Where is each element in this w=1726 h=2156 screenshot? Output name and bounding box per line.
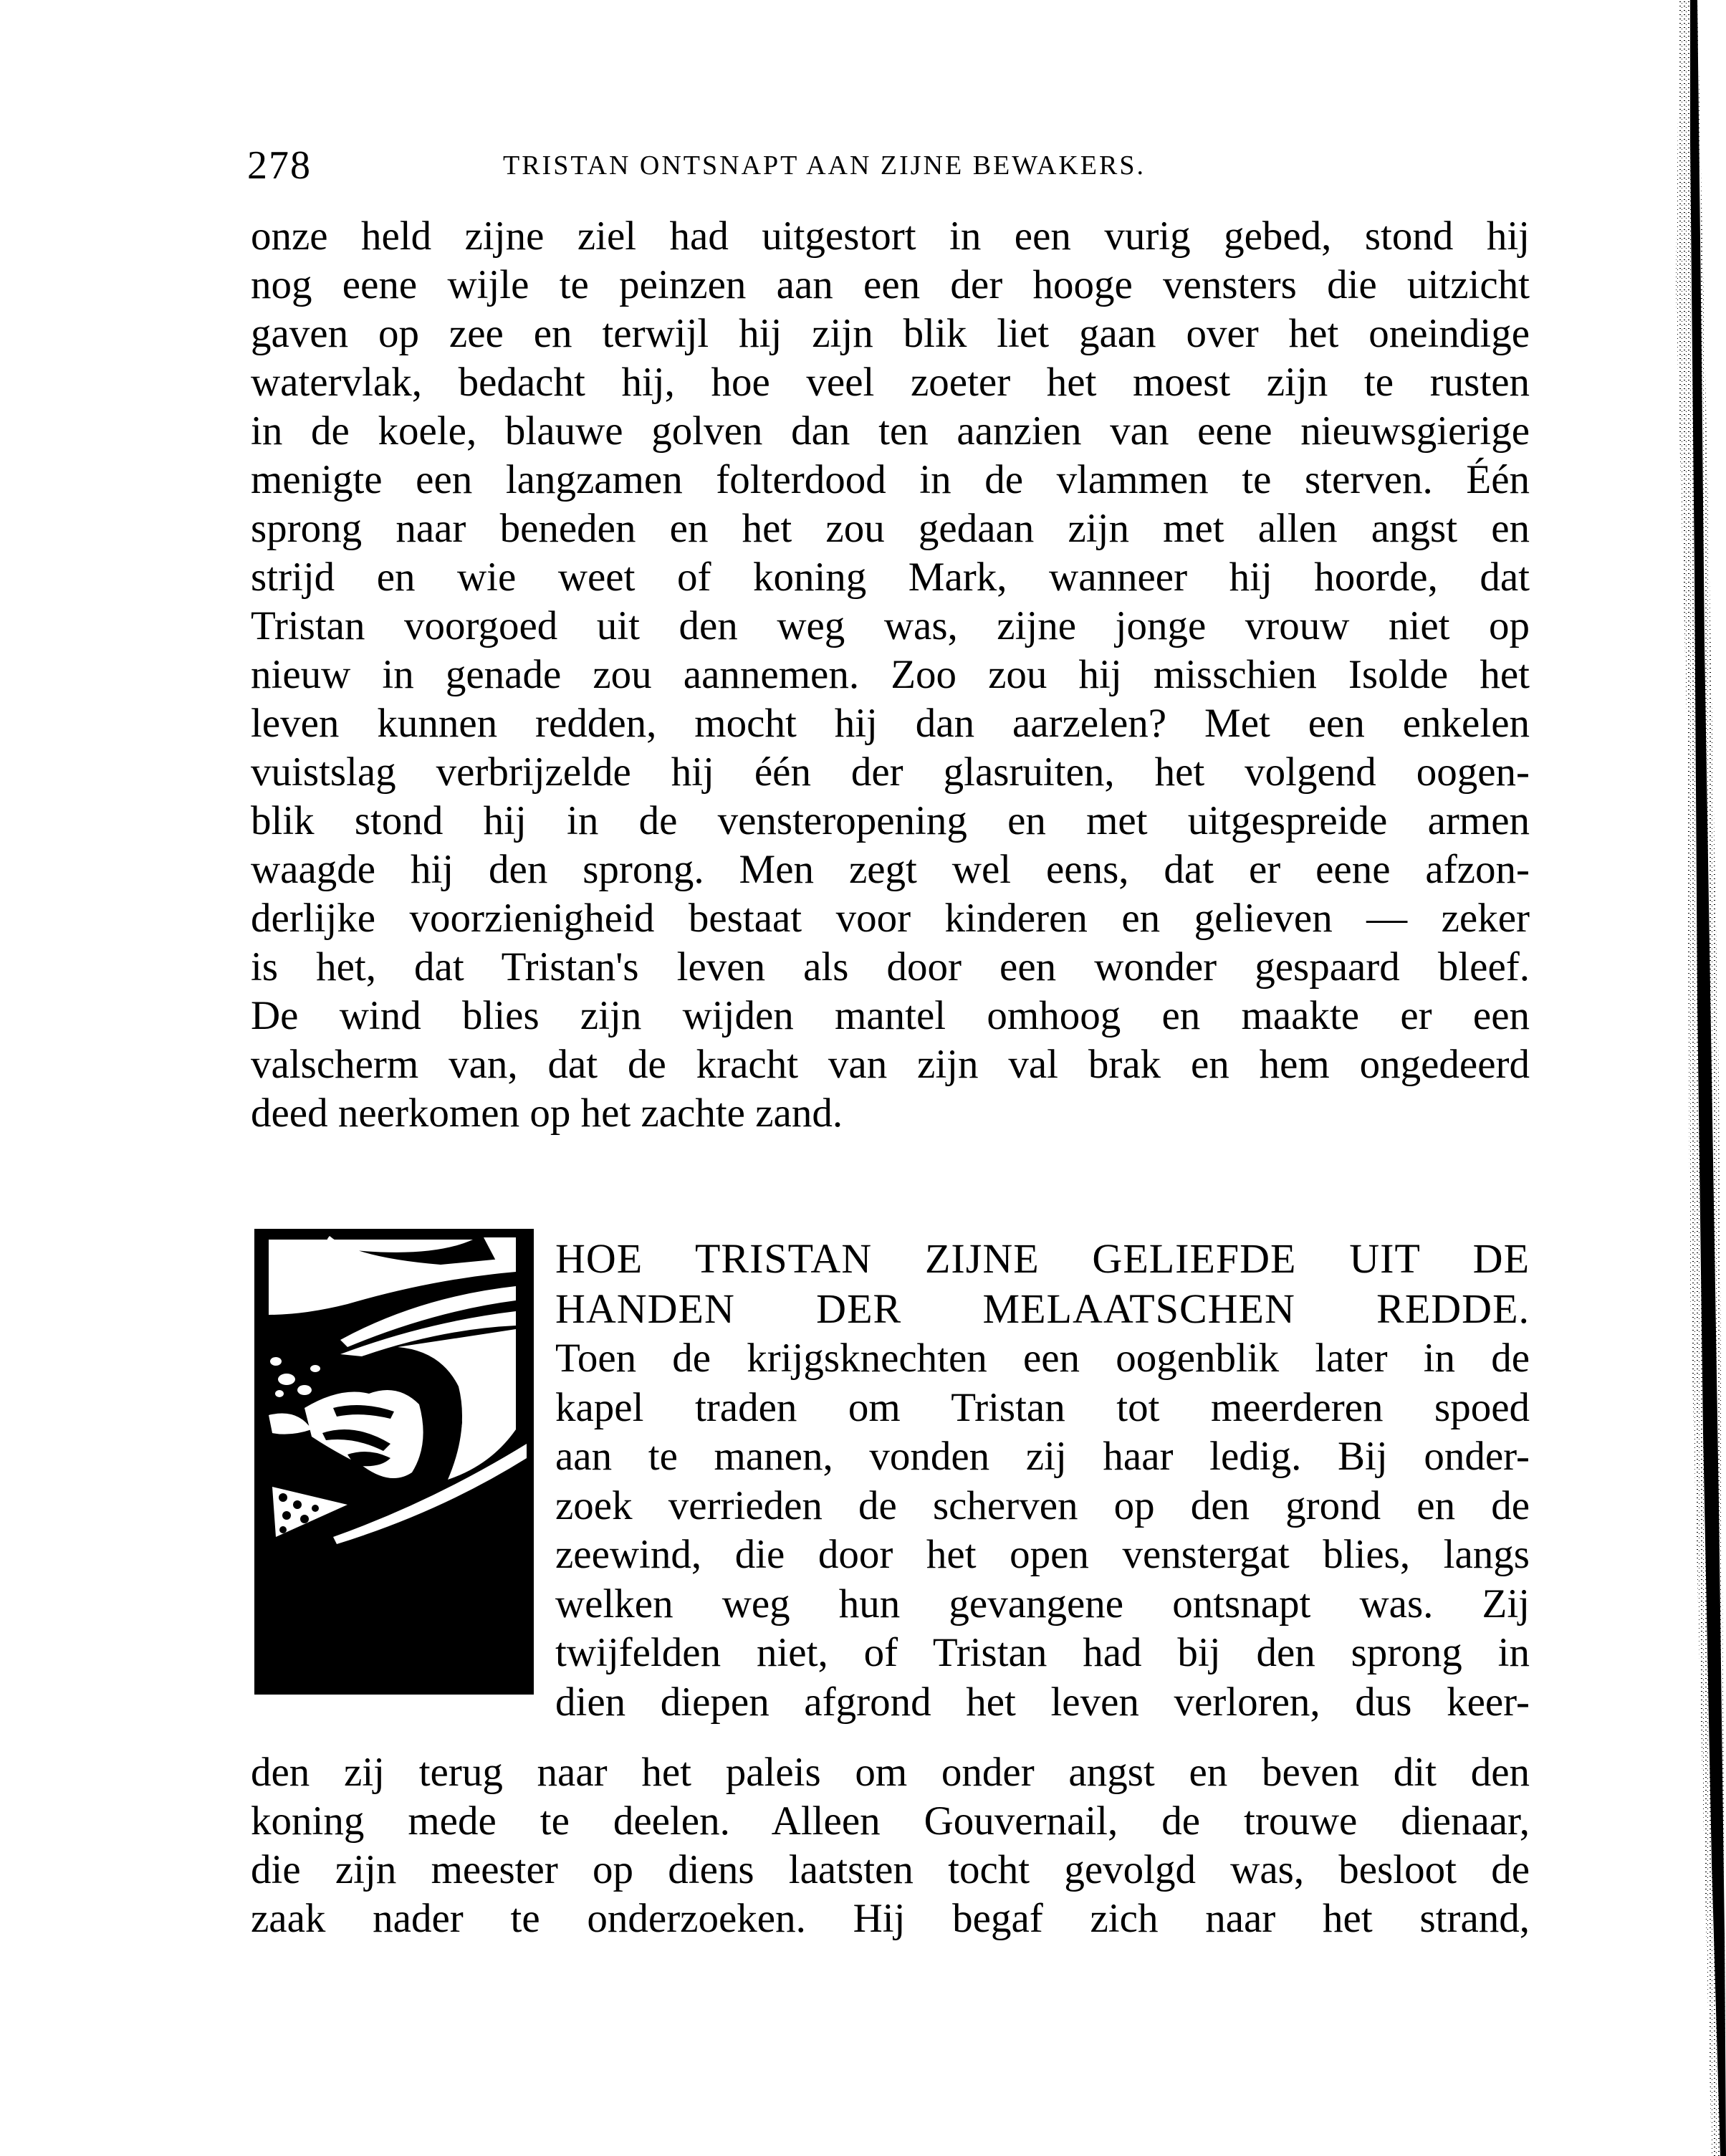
woodcut-illustration xyxy=(254,1229,534,1695)
paragraph-3: den zij terug naar het paleis om onder a… xyxy=(251,1748,1530,1943)
text-line: gaven op zee en terwijl hij zijn blik li… xyxy=(251,310,1530,358)
text-line: den zij terug naar het paleis om onder a… xyxy=(251,1748,1530,1797)
text-line: blik stond hij in de vensteropening en m… xyxy=(251,797,1530,845)
text-line: zaak nader te onderzoeken. Hij begaf zic… xyxy=(251,1894,1530,1943)
page-number: 278 xyxy=(247,140,312,191)
paragraph-1: onze held zijne ziel had uitgestort in e… xyxy=(251,212,1530,1138)
text-line: deed neerkomen op het zachte zand. xyxy=(251,1089,1530,1138)
book-page: 278 TRISTAN ONTSNAPT AAN ZIJNE BEWAKERS.… xyxy=(0,0,1726,2156)
text-line: koning mede te deelen. Alleen Gouvernail… xyxy=(251,1797,1530,1846)
text-line: vuistslag verbrijzelde hij één der glasr… xyxy=(251,748,1530,797)
running-header: 278 TRISTAN ONTSNAPT AAN ZIJNE BEWAKERS. xyxy=(247,140,1537,191)
page-edge-shadow xyxy=(1640,0,1726,2156)
text-line: zeewind, die door het open venstergat bl… xyxy=(555,1530,1530,1580)
text-line: aan te manen, vonden zij haar ledig. Bij… xyxy=(555,1432,1530,1482)
text-line: welken weg hun gevangene ontsnapt was. Z… xyxy=(555,1580,1530,1629)
section: HOE TRISTAN ZIJNE GELIEFDE UIT DE HANDEN… xyxy=(555,1234,1530,1727)
text-line: leven kunnen redden, mocht hij dan aarze… xyxy=(251,699,1530,748)
text-line: De wind blies zijn wijden mantel omhoog … xyxy=(251,992,1530,1040)
text-line: in de koele, blauwe golven dan ten aanzi… xyxy=(251,407,1530,456)
running-title: TRISTAN ONTSNAPT AAN ZIJNE BEWAKERS. xyxy=(503,148,1146,183)
text-line: is het, dat Tristan's leven als door een… xyxy=(251,943,1530,992)
text-line: die zijn meester op diens laatsten tocht… xyxy=(251,1846,1530,1894)
text-line: nog eene wijle te peinzen aan een der ho… xyxy=(251,261,1530,310)
text-line: derlijke voorzienigheid bestaat voor kin… xyxy=(251,894,1530,943)
text-line: strijd en wie weet of koning Mark, wanne… xyxy=(251,553,1530,602)
text-line: valscherm van, dat de kracht van zijn va… xyxy=(251,1040,1530,1089)
section-heading-line: HOE TRISTAN ZIJNE GELIEFDE UIT DE xyxy=(555,1234,1530,1284)
text-line: Toen de krijgsknechten een oogenblik lat… xyxy=(555,1334,1530,1384)
text-line: kapel traden om Tristan tot meerderen sp… xyxy=(555,1384,1530,1433)
text-line: Tristan voorgoed uit den weg was, zijne … xyxy=(251,602,1530,651)
text-line: sprong naar beneden en het zou gedaan zi… xyxy=(251,504,1530,553)
section-heading-line: HANDEN DER MELAATSCHEN REDDE. xyxy=(555,1284,1530,1334)
text-line: twijfelden niet, of Tristan had bij den … xyxy=(555,1629,1530,1678)
text-line: nieuw in genade zou aannemen. Zoo zou hi… xyxy=(251,651,1530,699)
text-line: zoek verrieden de scherven op den grond … xyxy=(555,1482,1530,1531)
text-line: menigte een langzamen folterdood in de v… xyxy=(251,456,1530,504)
text-line: waagde hij den sprong. Men zegt wel eens… xyxy=(251,845,1530,894)
text-line: onze held zijne ziel had uitgestort in e… xyxy=(251,212,1530,261)
woodcut-figure-icon xyxy=(254,1229,534,1695)
text-line: watervlak, bedacht hij, hoe veel zoeter … xyxy=(251,358,1530,407)
text-line: dien diepen afgrond het leven verloren, … xyxy=(555,1678,1530,1728)
